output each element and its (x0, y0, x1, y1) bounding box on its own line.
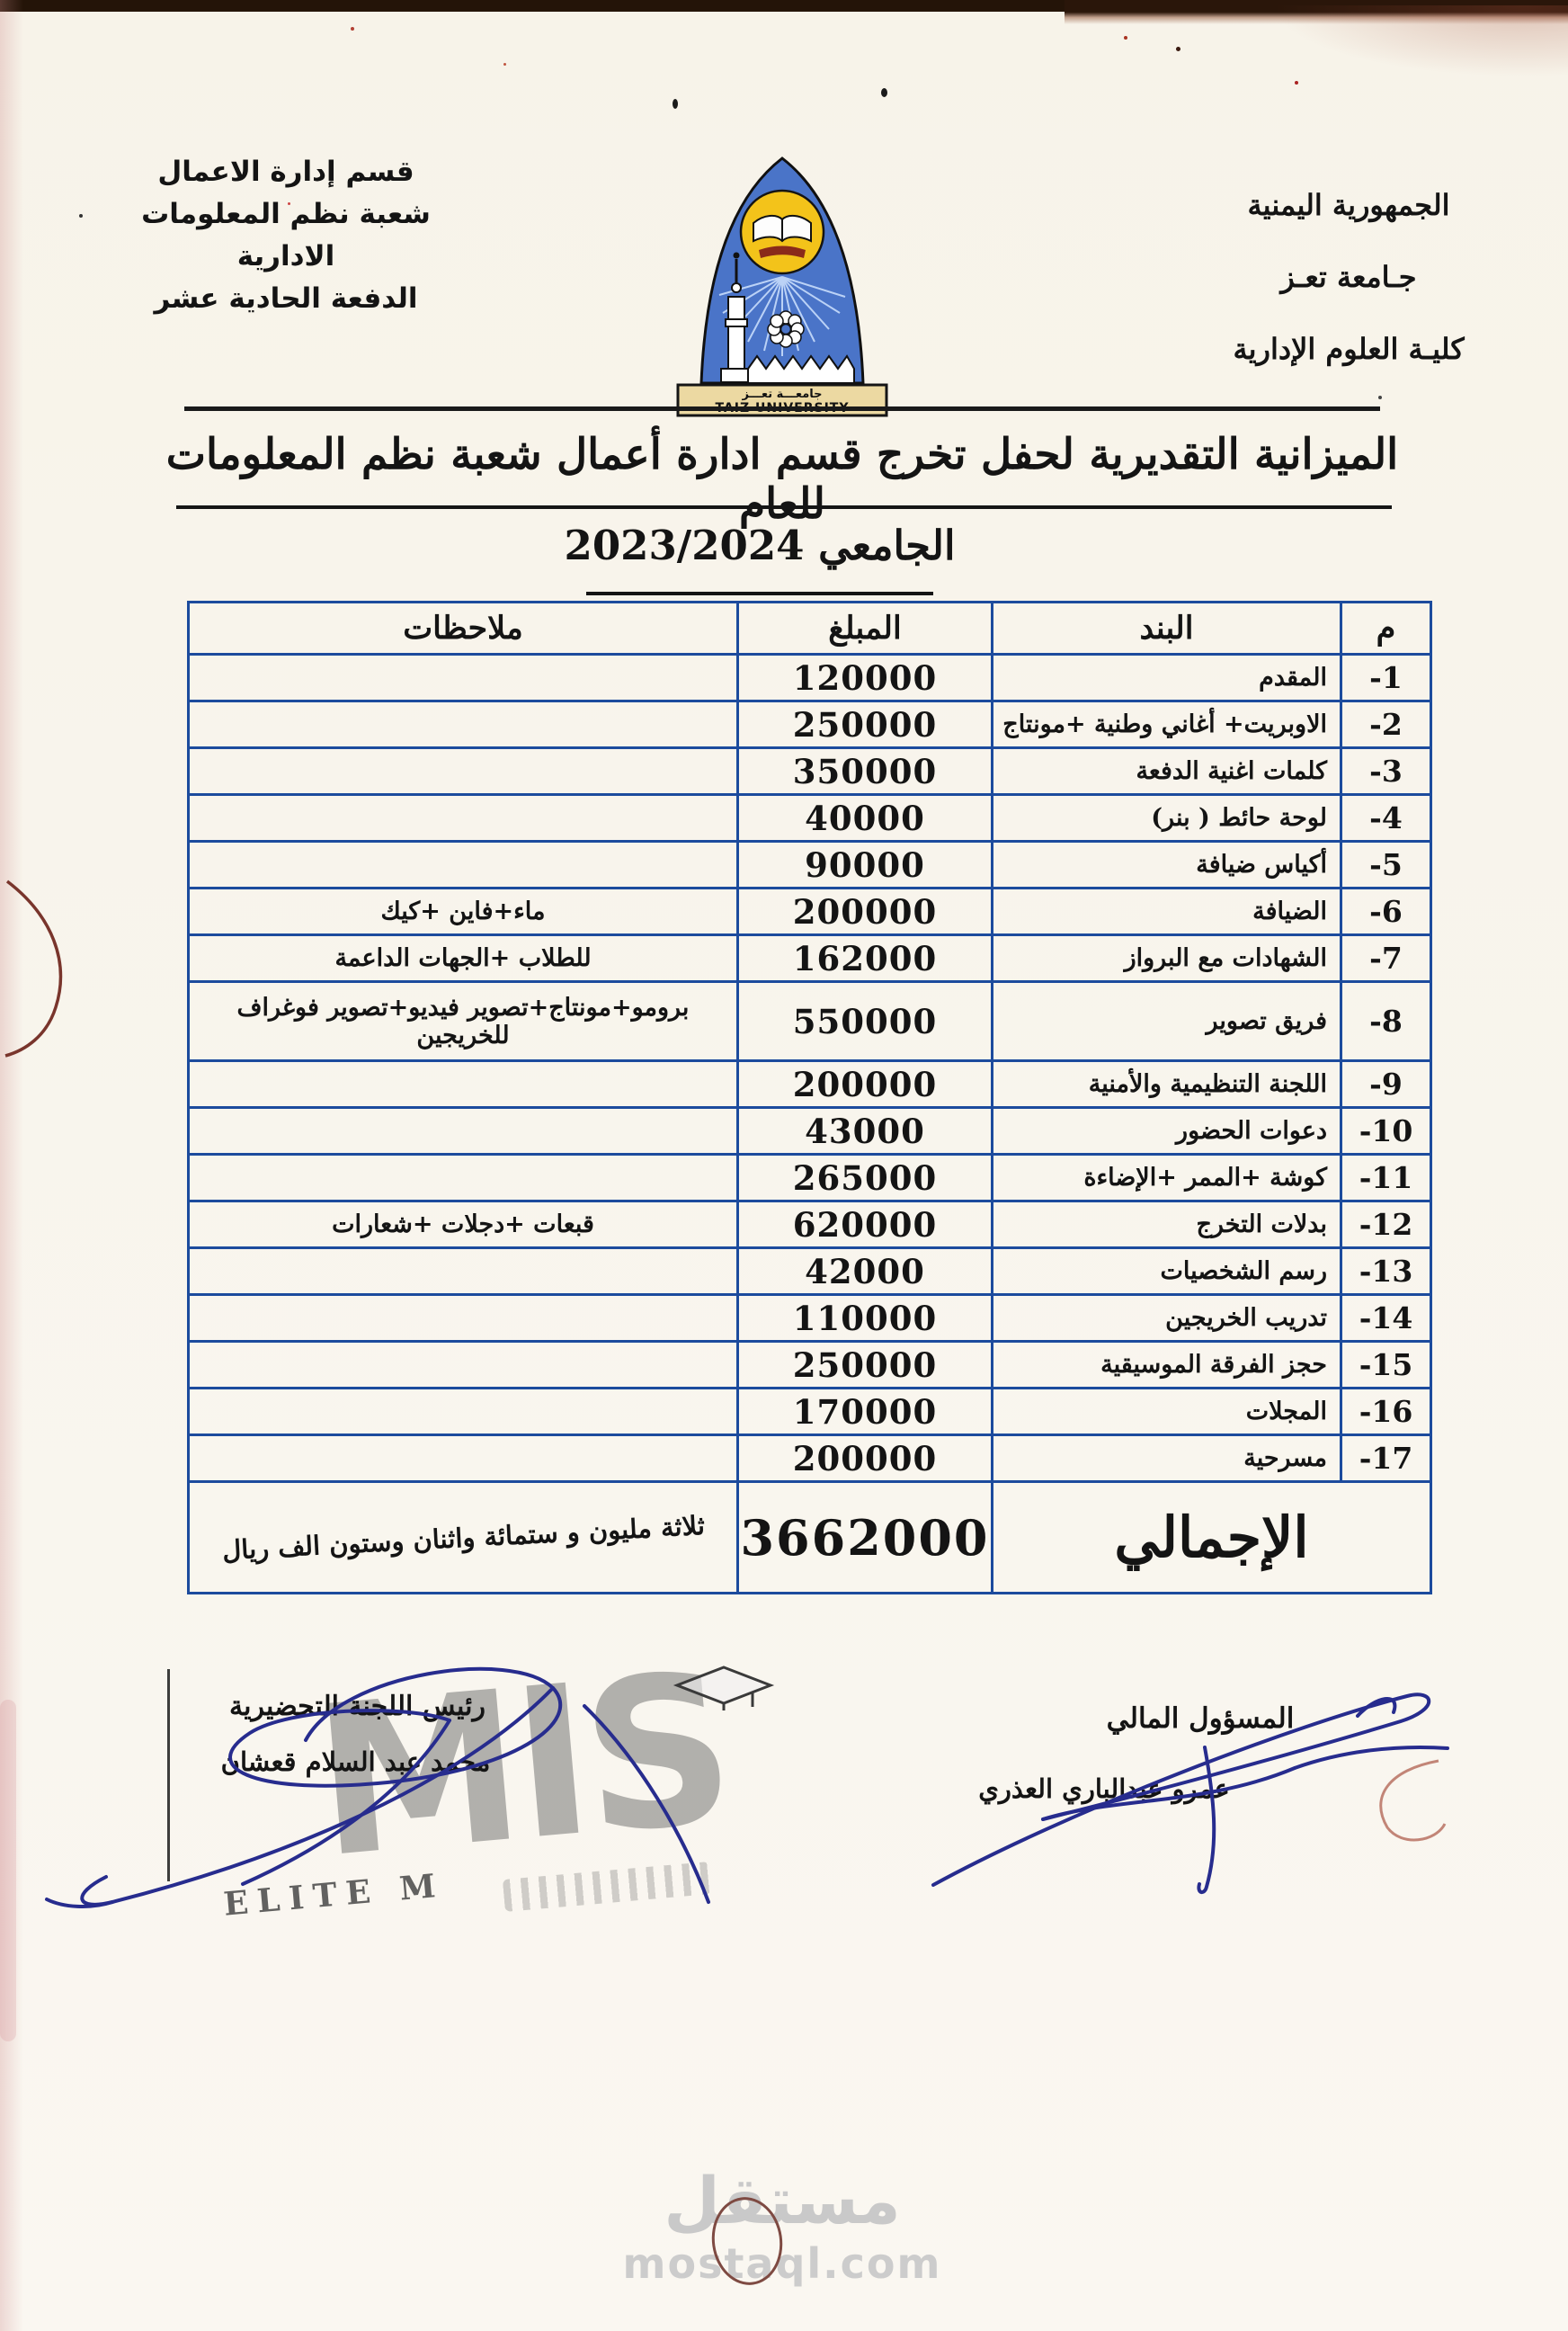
total-label: الإجمالي (993, 1482, 1431, 1594)
cell-notes (189, 1248, 738, 1295)
cell-amount: 110000 (738, 1295, 993, 1342)
cell-amount: 350000 (738, 748, 993, 795)
cell-item: فريق تصوير (993, 982, 1341, 1061)
cell-amount: 162000 (738, 935, 993, 982)
cell-item: الضيافة (993, 889, 1341, 935)
cell-notes (189, 795, 738, 842)
cell-item: اللجنة التنظيمية والأمنية (993, 1061, 1341, 1108)
letterhead-left-block: قسم إدارة الاعمال شعبة نظم المعلومات الا… (115, 151, 457, 320)
cell-amount: 200000 (738, 889, 993, 935)
cell-no: -5 (1341, 842, 1431, 889)
cell-amount: 620000 (738, 1201, 993, 1248)
table-row: -4لوحة حائط ( بنر)40000 (189, 795, 1431, 842)
cell-no: -17 (1341, 1435, 1431, 1482)
cell-amount: 550000 (738, 982, 993, 1061)
cell-no: -8 (1341, 982, 1431, 1061)
cell-item: بدلات التخرج (993, 1201, 1341, 1248)
cell-no: -13 (1341, 1248, 1431, 1295)
cell-item: الشهادات مع البرواز (993, 935, 1341, 982)
table-row: -16المجلات170000 (189, 1389, 1431, 1435)
paper-speck (1378, 396, 1382, 399)
table-row: -17مسرحية200000 (189, 1435, 1431, 1482)
document-title-line1: الميزانية التقديرية لحفل تخرج قسم ادارة … (126, 430, 1439, 529)
budget-table-body: -1المقدم120000-2الاوبريت+ أغاني وطنية +م… (189, 655, 1431, 1482)
cell-no: -14 (1341, 1295, 1431, 1342)
title-underline2 (586, 592, 933, 595)
dept-line: قسم إدارة الاعمال (115, 151, 457, 193)
cell-item: مسرحية (993, 1435, 1341, 1482)
total-amount: 3662000 (738, 1482, 993, 1594)
cell-notes (189, 1295, 738, 1342)
logo-flower (768, 311, 804, 347)
cell-no: -10 (1341, 1108, 1431, 1155)
table-row: -14تدريب الخريجين110000 (189, 1295, 1431, 1342)
letterhead-right-block: الجمهورية اليمنية جـامعة تعـز كليـة العل… (1194, 169, 1503, 385)
paper-speck (1176, 47, 1180, 51)
university-line: جـامعة تعـز (1194, 241, 1503, 313)
cell-item: كوشة +الممر +الإضاءة (993, 1155, 1341, 1201)
cell-notes (189, 655, 738, 701)
header-notes: ملاحظات (189, 603, 738, 655)
paper-speck (503, 63, 506, 66)
cell-notes (189, 1389, 738, 1435)
table-row: -7الشهادات مع البرواز162000للطلاب +الجها… (189, 935, 1431, 982)
cell-notes (189, 701, 738, 748)
cell-no: -3 (1341, 748, 1431, 795)
table-header-row: م البند المبلغ ملاحظات (189, 603, 1431, 655)
paper-artifact-left-edge2 (0, 1700, 16, 2041)
table-row: -9اللجنة التنظيمية والأمنية200000 (189, 1061, 1431, 1108)
cell-notes: للطلاب +الجهات الداعمة (189, 935, 738, 982)
cell-notes (189, 1108, 738, 1155)
paper-speck (1295, 81, 1298, 85)
header-separator-line (184, 406, 1380, 411)
title-underline (176, 505, 1392, 509)
budget-table: م البند المبلغ ملاحظات -1المقدم120000-2ا… (187, 601, 1432, 1594)
dept-line: شعبة نظم المعلومات (115, 193, 457, 236)
cell-amount: 250000 (738, 1342, 993, 1389)
table-row: -12بدلات التخرج620000قبعات +دجلات +شعارا… (189, 1201, 1431, 1248)
dept-line: الادارية (115, 236, 457, 278)
cell-amount: 200000 (738, 1061, 993, 1108)
cell-item: المجلات (993, 1389, 1341, 1435)
cell-notes (189, 842, 738, 889)
cell-no: -9 (1341, 1061, 1431, 1108)
paper-artifact-blotch (1271, 5, 1568, 77)
cell-no: -11 (1341, 1155, 1431, 1201)
cell-amount: 43000 (738, 1108, 993, 1155)
paper-artifact-fold-mark (0, 863, 81, 1061)
dept-line: الدفعة الحادية عشر (115, 278, 457, 320)
cell-item: دعوات الحضور (993, 1108, 1341, 1155)
table-row: -6الضيافة200000ماء+فاين +كيك (189, 889, 1431, 935)
cell-no: -2 (1341, 701, 1431, 748)
cell-item: رسم الشخصيات (993, 1248, 1341, 1295)
table-row: -13رسم الشخصيات42000 (189, 1248, 1431, 1295)
red-pen-arc (1353, 1754, 1452, 1844)
table-row: -2الاوبريت+ أغاني وطنية +مونتاج250000 (189, 701, 1431, 748)
cell-amount: 42000 (738, 1248, 993, 1295)
cell-item: المقدم (993, 655, 1341, 701)
scanned-budget-document: قسم إدارة الاعمال شعبة نظم المعلومات الا… (0, 0, 1568, 2331)
cell-no: -15 (1341, 1342, 1431, 1389)
table-row: -5أكياس ضيافة90000 (189, 842, 1431, 889)
signature-left-ink (27, 1632, 737, 1929)
paper-speck (881, 88, 887, 97)
total-row: الإجمالي 3662000 ثلاثة مليون و ستمائة وا… (189, 1482, 1431, 1594)
cell-amount: 250000 (738, 701, 993, 748)
document-title-line2: الجامعي 2023/2024 (481, 522, 1038, 569)
logo-banner-arabic: جامعـــة تعـــز (741, 388, 822, 401)
paper-speck (1124, 36, 1127, 40)
paper-speck (79, 214, 83, 218)
table-row: -3كلمات اغنية الدفعة350000 (189, 748, 1431, 795)
table-row: -8فريق تصوير550000برومو+مونتاج+تصوير فيد… (189, 982, 1431, 1061)
header-amount: المبلغ (738, 603, 993, 655)
cell-item: حجز الفرقة الموسيقية (993, 1342, 1341, 1389)
country-line: الجمهورية اليمنية (1194, 169, 1503, 241)
college-line: كليـة العلوم الإدارية (1194, 313, 1503, 385)
cell-notes (189, 1155, 738, 1201)
header-item: البند (993, 603, 1341, 655)
cell-notes (189, 1061, 738, 1108)
cell-notes: قبعات +دجلات +شعارات (189, 1201, 738, 1248)
cell-no: -12 (1341, 1201, 1431, 1248)
cell-item: الاوبريت+ أغاني وطنية +مونتاج (993, 701, 1341, 748)
cell-amount: 40000 (738, 795, 993, 842)
paper-speck (351, 27, 354, 31)
table-row: -15حجز الفرقة الموسيقية250000 (189, 1342, 1431, 1389)
watermark-arabic: مستقل (557, 2163, 1007, 2238)
cell-item: أكياس ضيافة (993, 842, 1341, 889)
table-row: -11كوشة +الممر +الإضاءة265000 (189, 1155, 1431, 1201)
cell-notes (189, 748, 738, 795)
cell-item: تدريب الخريجين (993, 1295, 1341, 1342)
cell-notes: برومو+مونتاج+تصوير فيديو+تصوير فوغراف لل… (189, 982, 738, 1061)
cell-amount: 90000 (738, 842, 993, 889)
cell-amount: 265000 (738, 1155, 993, 1201)
cell-no: -1 (1341, 655, 1431, 701)
cell-notes (189, 1342, 738, 1389)
cell-item: لوحة حائط ( بنر) (993, 795, 1341, 842)
cell-no: -4 (1341, 795, 1431, 842)
paper-speck (673, 99, 678, 109)
cell-amount: 170000 (738, 1389, 993, 1435)
cell-notes: ماء+فاين +كيك (189, 889, 738, 935)
cell-no: -16 (1341, 1389, 1431, 1435)
header-no: م (1341, 603, 1431, 655)
table-row: -1المقدم120000 (189, 655, 1431, 701)
taiz-university-logo: جامعـــة تعـــز TAIZ UNIVERSITY (664, 153, 901, 417)
table-row: -10دعوات الحضور43000 (189, 1108, 1431, 1155)
total-in-words: ثلاثة مليون و ستمائة واثنان وستون الف ري… (186, 1468, 741, 1608)
cell-no: -6 (1341, 889, 1431, 935)
cell-item: كلمات اغنية الدفعة (993, 748, 1341, 795)
cell-no: -7 (1341, 935, 1431, 982)
cell-amount: 200000 (738, 1435, 993, 1482)
cell-amount: 120000 (738, 655, 993, 701)
